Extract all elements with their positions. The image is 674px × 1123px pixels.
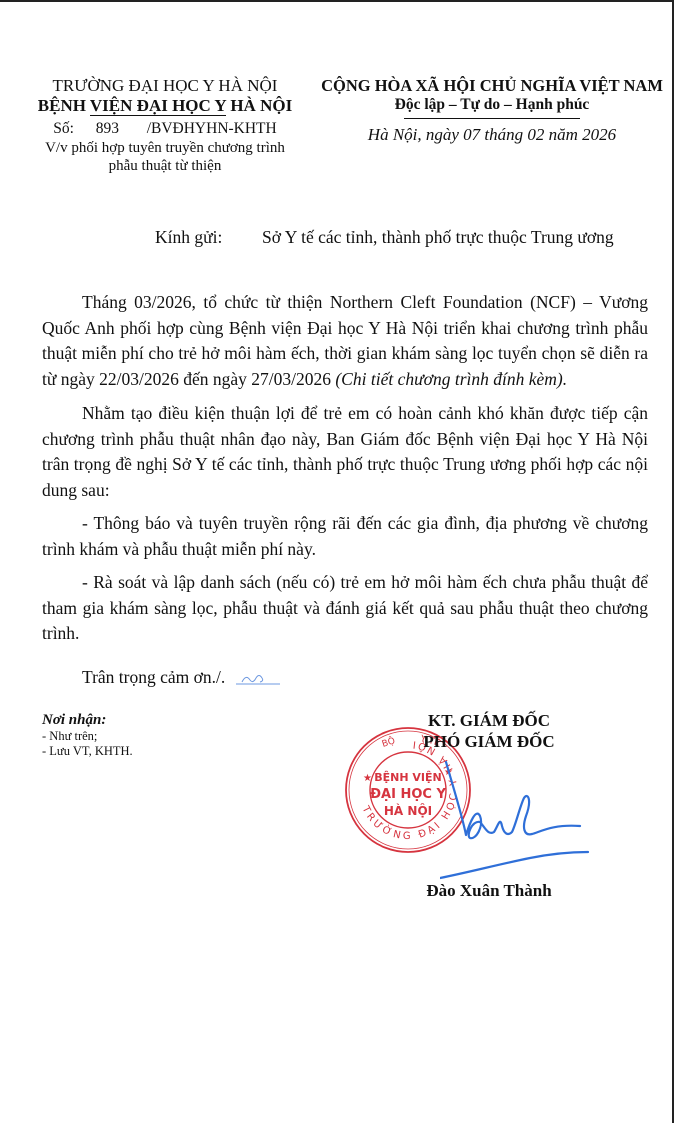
svg-text:★: ★ <box>363 773 372 784</box>
motto: Độc lập – Tự do – Hạnh phúc <box>318 96 666 114</box>
signer-name: Đào Xuân Thành <box>400 881 578 901</box>
motto-underline <box>404 118 580 119</box>
paragraph-1: Tháng 03/2026, tổ chức từ thiện Northern… <box>42 290 648 392</box>
issuing-org-prefix: BỆNH <box>38 96 90 115</box>
national-header: CỘNG HÒA XÃ HỘI CHỦ NGHĨA VIỆT NAM Độc l… <box>318 76 666 145</box>
subject-line-2: phẫu thuật từ thiện <box>20 157 310 175</box>
number-suffix: /BVĐHYHN-KHTH <box>147 119 277 139</box>
handwritten-signature-icon <box>440 760 590 880</box>
signature-line-1: KT. GIÁM ĐỐC <box>400 710 578 731</box>
nation-title: CỘNG HÒA XÃ HỘI CHỦ NGHĨA VIỆT NAM <box>318 76 666 96</box>
paragraph-3: - Thông báo và tuyên truyền rộng rãi đến… <box>42 511 648 562</box>
closing-thanks: Trân trọng cảm ơn./. <box>82 667 225 688</box>
parent-org: TRƯỜNG ĐẠI HỌC Y HÀ NỘI <box>20 76 310 96</box>
distribution-item: - Lưu VT, KHTH. <box>42 744 133 759</box>
number-value: 893 <box>96 119 119 139</box>
issue-date: Hà Nội, ngày 07 tháng 02 năm 2026 <box>318 125 666 145</box>
svg-text:BỆNH VIỆN: BỆNH VIỆN <box>374 771 441 784</box>
svg-text:ĐẠI HỌC Y: ĐẠI HỌC Y <box>370 787 446 802</box>
signature-title: KT. GIÁM ĐỐC PHÓ GIÁM ĐỐC <box>400 710 578 752</box>
issuer-header: TRƯỜNG ĐẠI HỌC Y HÀ NỘI BỆNH VIỆN ĐẠI HỌ… <box>20 76 310 175</box>
subject-line-1: V/v phối hợp tuyên truyền chương trình <box>20 139 310 157</box>
issuing-org-underlined: VIỆN ĐẠI HỌC Y <box>90 96 226 116</box>
addressee-label: Kính gửi: <box>155 227 262 248</box>
paragraph-2: Nhằm tạo điều kiện thuận lợi để trẻ em c… <box>42 401 648 503</box>
signature-line-2: PHÓ GIÁM ĐỐC <box>400 731 578 752</box>
addressee-value: Sở Y tế các tỉnh, thành phố trực thuộc T… <box>262 227 614 247</box>
document-number: Số: 893 /BVĐHYHN-KHTH <box>20 119 310 139</box>
addressee: Kính gửi:Sở Y tế các tỉnh, thành phố trự… <box>155 227 614 248</box>
distribution-title: Nơi nhận: <box>42 711 133 729</box>
number-label: Số: <box>53 119 74 139</box>
initial-mark-icon <box>236 672 282 686</box>
page-border-top <box>0 0 674 2</box>
issuing-org: BỆNH VIỆN ĐẠI HỌC Y HÀ NỘI <box>20 96 310 116</box>
paragraph-4: - Rà soát và lập danh sách (nếu có) trẻ … <box>42 570 648 647</box>
distribution-item: - Như trên; <box>42 729 133 744</box>
svg-text:HÀ NỘI: HÀ NỘI <box>384 803 432 818</box>
paragraph-1-note: (Chi tiết chương trình đính kèm). <box>335 369 567 389</box>
letter-body: Tháng 03/2026, tổ chức từ thiện Northern… <box>42 290 648 655</box>
distribution-list: Nơi nhận: - Như trên; - Lưu VT, KHTH. <box>42 711 133 759</box>
issuing-org-suffix: HÀ NỘI <box>226 96 292 115</box>
